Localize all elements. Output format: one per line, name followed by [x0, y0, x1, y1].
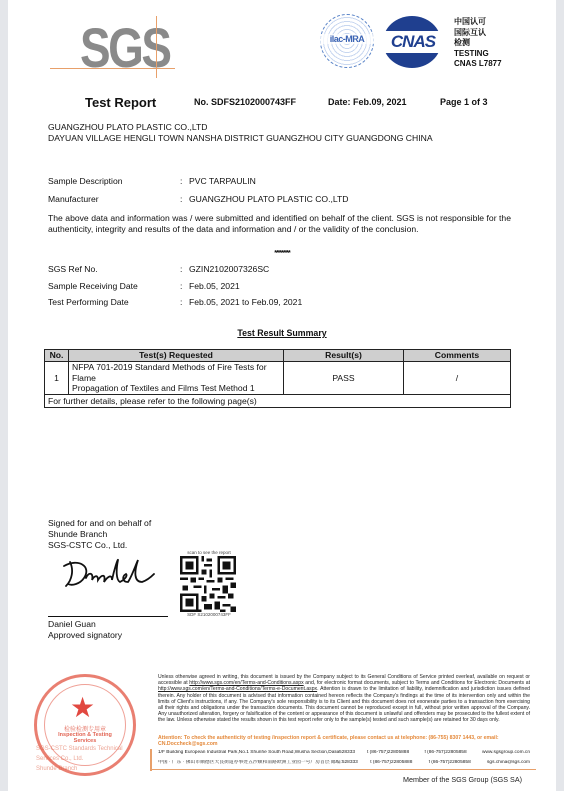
telephone: t (86-757)22805888 [367, 750, 425, 756]
sample-description-value: PVC TARPAULIN [189, 176, 256, 187]
signer-name: Daniel Guan [48, 619, 122, 630]
cnas-line: 中国认可 [454, 17, 502, 28]
test-line: Propagation of Textiles and Films Test M… [72, 383, 280, 394]
table-row: 1 NFPA 701-2019 Standard Methods of Fire… [45, 362, 511, 395]
row-result: PASS [284, 362, 404, 395]
footer-accent-bar [150, 749, 152, 771]
summary-title: Test Result Summary [8, 328, 556, 338]
authenticity-attention: Attention: To check the authenticity of … [158, 735, 530, 747]
cnas-line: TESTING [454, 49, 502, 60]
cnas-accreditation-text: 中国认可 国际互认 检测 TESTING CNAS L7877 [454, 17, 502, 70]
cnas-line: 检测 [454, 38, 502, 49]
signer-role: Approved signatory [48, 630, 122, 641]
client-address: DAYUAN VILLAGE HENGLI TOWN NANSHA DISTRI… [48, 133, 433, 144]
address-row-en: 1/F Building European Industrial Park,No… [158, 750, 530, 756]
postcode: 528333 [342, 760, 370, 766]
address-row-cn: 中国 · 广东 · 佛山市顺德区大良街道办事处五沙顺和南路欧洲工业园一号厂房首层… [158, 760, 530, 766]
telephone: t (86-757)22805888 [370, 760, 428, 766]
field-colon: : [180, 297, 182, 308]
row-comments: / [404, 362, 511, 395]
client-block: GUANGZHOU PLATO PLASTIC CO.,LTD DAYUAN V… [48, 122, 433, 144]
address-text: 1/F Building European Industrial Park,No… [158, 750, 339, 756]
col-no: No. [45, 350, 69, 362]
field-colon: : [180, 194, 182, 205]
seal-company-line: Shunde Branch [36, 764, 146, 774]
field-label: Test Performing Date [48, 297, 129, 308]
signed-on-behalf: Signed for and on behalf of Shunde Branc… [48, 518, 151, 551]
qr-caption: scan to see the report [179, 550, 239, 555]
cnas-line: CNAS L7877 [454, 59, 502, 70]
qr-id: SDF S2102000743FF [179, 612, 239, 617]
ilac-mra-text: ilac-MRA [320, 34, 374, 44]
footer-rule [150, 769, 536, 770]
seal-en-text: Inspection & Testing Services [52, 732, 118, 744]
signer-block: Daniel Guan Approved signatory [48, 619, 122, 641]
seal-star-icon: ★ [70, 694, 95, 722]
report-number: No. SDFS2102000743FF [194, 97, 296, 107]
field-label: SGS Ref No. [48, 264, 98, 275]
separator-stars: ********* [8, 250, 556, 257]
signature-icon [58, 552, 158, 592]
signed-line: Shunde Branch [48, 529, 151, 540]
field-label: Sample Description [48, 176, 123, 187]
e-document-terms-link[interactable]: http://www.sgs.com/en/Terms-and-Conditio… [158, 686, 317, 692]
legal-text: and, for electronic format documents, su… [304, 680, 530, 686]
seal-company-text: SGS-CSTC Standards Technical Services Co… [36, 744, 146, 774]
field-label: Manufacturer [48, 194, 99, 205]
results-table: No. Test(s) Requested Result(s) Comments… [44, 349, 511, 408]
email-link[interactable]: sgs.china@sgs.com [487, 760, 530, 766]
table-header-row: No. Test(s) Requested Result(s) Comments [45, 350, 511, 362]
fax: f (86-757)22805858 [429, 760, 487, 766]
report-title: Test Report [85, 95, 156, 110]
test-line: NFPA 701-2019 Standard Methods of Fire T… [72, 362, 280, 383]
col-result: Result(s) [284, 350, 404, 362]
field-colon: : [180, 264, 182, 275]
address-text: 中国 · 广东 · 佛山市顺德区大良街道办事处五沙顺和南路欧洲工业园一号厂房首层… [158, 760, 342, 766]
signed-line: SGS-CSTC Co., Ltd. [48, 540, 151, 551]
row-test: NFPA 701-2019 Standard Methods of Fire T… [69, 362, 284, 395]
report-date: Date: Feb.09, 2021 [328, 97, 407, 107]
field-colon: : [180, 176, 182, 187]
client-name: GUANGZHOU PLATO PLASTIC CO.,LTD [48, 122, 433, 133]
table-footnote: For further details, please refer to the… [45, 394, 511, 407]
website-link[interactable]: www.sgsgroup.com.cn [482, 750, 530, 756]
report-page: SGS ilac-MRA CNAS 中国认可 国际互认 检测 TESTING C… [8, 0, 556, 791]
signed-line: Signed for and on behalf of [48, 518, 151, 529]
performing-date-value: Feb.05, 2021 to Feb.09, 2021 [189, 297, 302, 308]
legal-terms: Unless otherwise agreed in writing, this… [158, 674, 530, 724]
table-footnote-row: For further details, please refer to the… [45, 394, 511, 407]
field-label: Sample Receiving Date [48, 281, 138, 292]
client-disclaimer: The above data and information was / wer… [48, 213, 511, 235]
row-no: 1 [45, 362, 69, 395]
sgs-group-member: Member of the SGS Group (SGS SA) [403, 775, 522, 784]
cnas-logo-text: CNAS [380, 31, 446, 53]
legal-text: . Attention is drawn to the limitation o… [158, 686, 530, 723]
col-comments: Comments [404, 350, 511, 362]
col-test: Test(s) Requested [69, 350, 284, 362]
fax: f (86-757)22805858 [425, 750, 483, 756]
receiving-date-value: Feb.05, 2021 [189, 281, 240, 292]
field-colon: : [180, 281, 182, 292]
qr-code-icon[interactable] [180, 556, 236, 612]
seal-company-line: SGS-CSTC Standards Technical Services Co… [36, 744, 146, 764]
terms-link[interactable]: http://www.sgs.com/en/Terms-and-Conditio… [189, 680, 303, 686]
manufacturer-value: GUANGZHOU PLATO PLASTIC CO.,LTD [189, 194, 349, 205]
logo-crosshair-vertical [156, 16, 157, 78]
cnas-line: 国际互认 [454, 28, 502, 39]
sgs-ref-value: GZIN2102007326SC [189, 264, 269, 275]
postcode: 528333 [339, 750, 367, 756]
signature-line [48, 616, 168, 617]
page-indicator: Page 1 of 3 [440, 97, 488, 107]
